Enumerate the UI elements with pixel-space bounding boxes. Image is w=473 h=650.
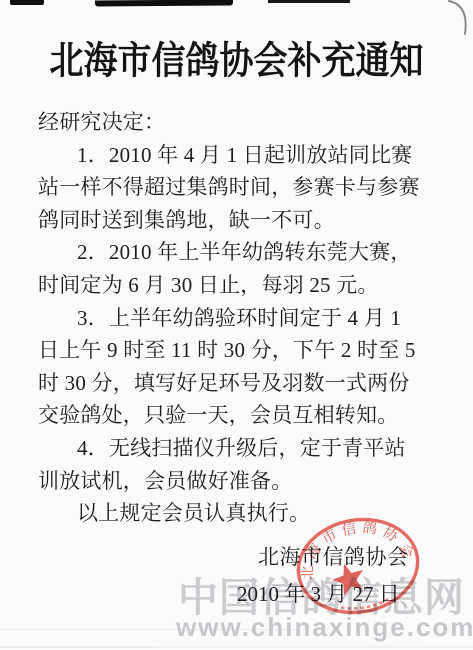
body-line: 1．2010 年 4 月 1 日起训放站同比赛 [38, 139, 430, 172]
body-line: 时间定为 6 月 30 日止，每羽 25 元。 [38, 269, 430, 302]
document-body: 经研究决定： 1．2010 年 4 月 1 日起训放站同比赛 站一样不得超过集鸽… [38, 106, 430, 530]
scan-artifact-bar [268, 0, 350, 3]
body-line: 鸽同时送到集鸽地，缺一不可。 [38, 204, 430, 237]
official-seal-stamp: 北海市信鸽协会 [292, 514, 432, 624]
page-curl-mark [443, 0, 473, 36]
body-line: 3．上半年幼鸽验环时间定于 4 月 1 [38, 302, 430, 335]
scan-artifact-bar [10, 0, 44, 5]
body-line: 4．无线扫描仪升级后，定于青平站 [38, 432, 430, 465]
body-line: 2．2010 年上半年幼鸽转东莞大赛， [38, 236, 430, 269]
paper-crease [0, 646, 473, 648]
scan-artifact-bar [95, 0, 233, 6]
stamp-star-icon [329, 559, 369, 598]
scanned-notice-page: { "doc": { "title": "北海市信鸽协会补充通知", "line… [0, 0, 473, 650]
body-line: 训放试机，会员做好准备。 [38, 465, 430, 498]
body-line: 日上午 9 时至 11 时 30 分，下午 2 时至 5 [38, 334, 430, 367]
body-line: 交验鸽处，只验一天，会员互相转知。 [38, 399, 430, 432]
body-line: 时 30 分，填写好足环号及羽数一式两份 [38, 367, 430, 400]
document-title: 北海市信鸽协会补充通知 [0, 30, 473, 85]
body-line: 站一样不得超过集鸽时间，参赛卡与参赛 [38, 171, 430, 204]
body-line: 经研究决定： [38, 106, 430, 139]
